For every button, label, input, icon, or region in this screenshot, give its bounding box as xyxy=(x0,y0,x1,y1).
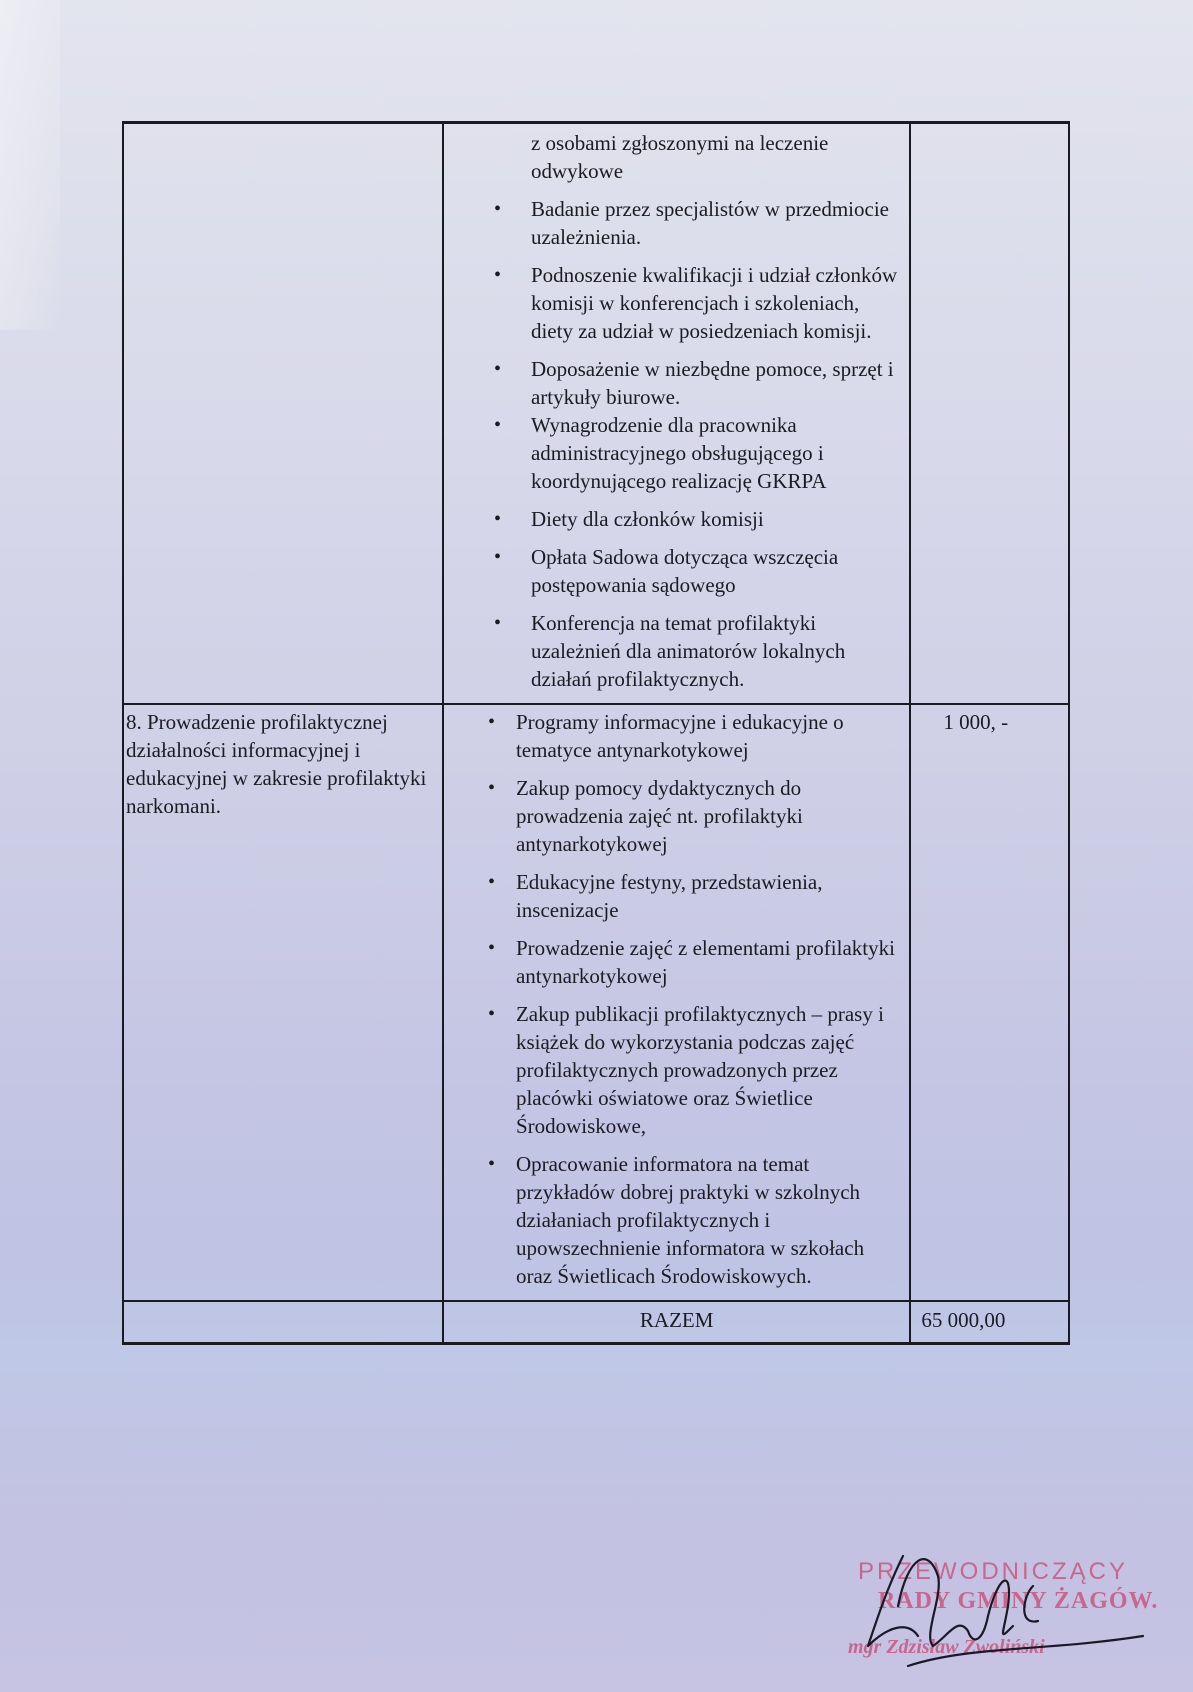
task-cell: 8. Prowadzenie profilaktycznej działalno… xyxy=(123,704,443,1301)
amount-cell: 1 000, - xyxy=(910,704,1069,1301)
task-label: 8. Prowadzenie profilaktycznej działalno… xyxy=(124,705,442,820)
activity-list: •Programy informacyjne i edukacyjne o te… xyxy=(444,705,909,1290)
list-item: •Badanie przez specjalistów w przedmioci… xyxy=(444,195,909,251)
list-item: •Prowadzenie zajęć z elementami profilak… xyxy=(444,934,909,990)
list-item: •Doposażenie w niezbędne pomoce, sprzęt … xyxy=(444,355,909,411)
total-row: RAZEM 65 000,00 xyxy=(123,1301,1069,1344)
chairman-stamp: PRZEWODNICZĄCY RADY GMINY ŻAGÓW. mgr Zdz… xyxy=(848,1546,1188,1676)
list-item: •Opracowanie informatora na temat przykł… xyxy=(444,1150,909,1290)
bullet-icon: • xyxy=(494,411,501,439)
bullet-icon: • xyxy=(494,609,501,637)
bullet-icon: • xyxy=(488,934,495,962)
table-row: 8. Prowadzenie profilaktycznej działalno… xyxy=(123,704,1069,1301)
signature-icon xyxy=(848,1546,1188,1676)
list-item: •Programy informacyjne i edukacyjne o te… xyxy=(444,708,909,764)
budget-table: z osobami zgłoszonymi na leczenie odwyko… xyxy=(122,121,1070,1345)
task-cell xyxy=(123,123,443,705)
list-item: •Opłata Sadowa dotycząca wszczęcia postę… xyxy=(444,543,909,599)
bullet-icon: • xyxy=(488,708,495,736)
paper-fold-shadow xyxy=(0,0,60,330)
list-item: •Wynagrodzenie dla pracownika administra… xyxy=(444,411,909,495)
bullet-icon: • xyxy=(494,261,501,289)
bullet-icon: • xyxy=(488,1150,495,1178)
list-item: •Zakup pomocy dydaktycznych do prowadzen… xyxy=(444,774,909,858)
bullet-icon: • xyxy=(494,355,501,383)
bullet-icon: • xyxy=(488,774,495,802)
list-item: •Diety dla członków komisji xyxy=(444,505,909,533)
continued-text: z osobami zgłoszonymi na leczenie odwyko… xyxy=(444,126,909,195)
list-item: •Konferencja na temat profilaktyki uzale… xyxy=(444,609,909,693)
amount-value: 1 000, - xyxy=(911,705,1068,736)
activities-cell: z osobami zgłoszonymi na leczenie odwyko… xyxy=(443,123,910,705)
bullet-icon: • xyxy=(494,505,501,533)
bullet-icon: • xyxy=(494,195,501,223)
bullet-icon: • xyxy=(488,868,495,896)
bullet-icon: • xyxy=(494,543,501,571)
total-amount: 65 000,00 xyxy=(911,1302,1068,1334)
amount-cell xyxy=(910,123,1069,705)
list-item: •Podnoszenie kwalifikacji i udział człon… xyxy=(444,261,909,345)
list-item: •Edukacyjne festyny, przedstawienia, ins… xyxy=(444,868,909,924)
table-row: z osobami zgłoszonymi na leczenie odwyko… xyxy=(123,123,1069,705)
bullet-icon: • xyxy=(488,1000,495,1028)
total-label: RAZEM xyxy=(444,1302,909,1334)
list-item: •Zakup publikacji profilaktycznych – pra… xyxy=(444,1000,909,1140)
activities-cell: •Programy informacyjne i edukacyjne o te… xyxy=(443,704,910,1301)
activity-list: •Badanie przez specjalistów w przedmioci… xyxy=(444,195,909,693)
